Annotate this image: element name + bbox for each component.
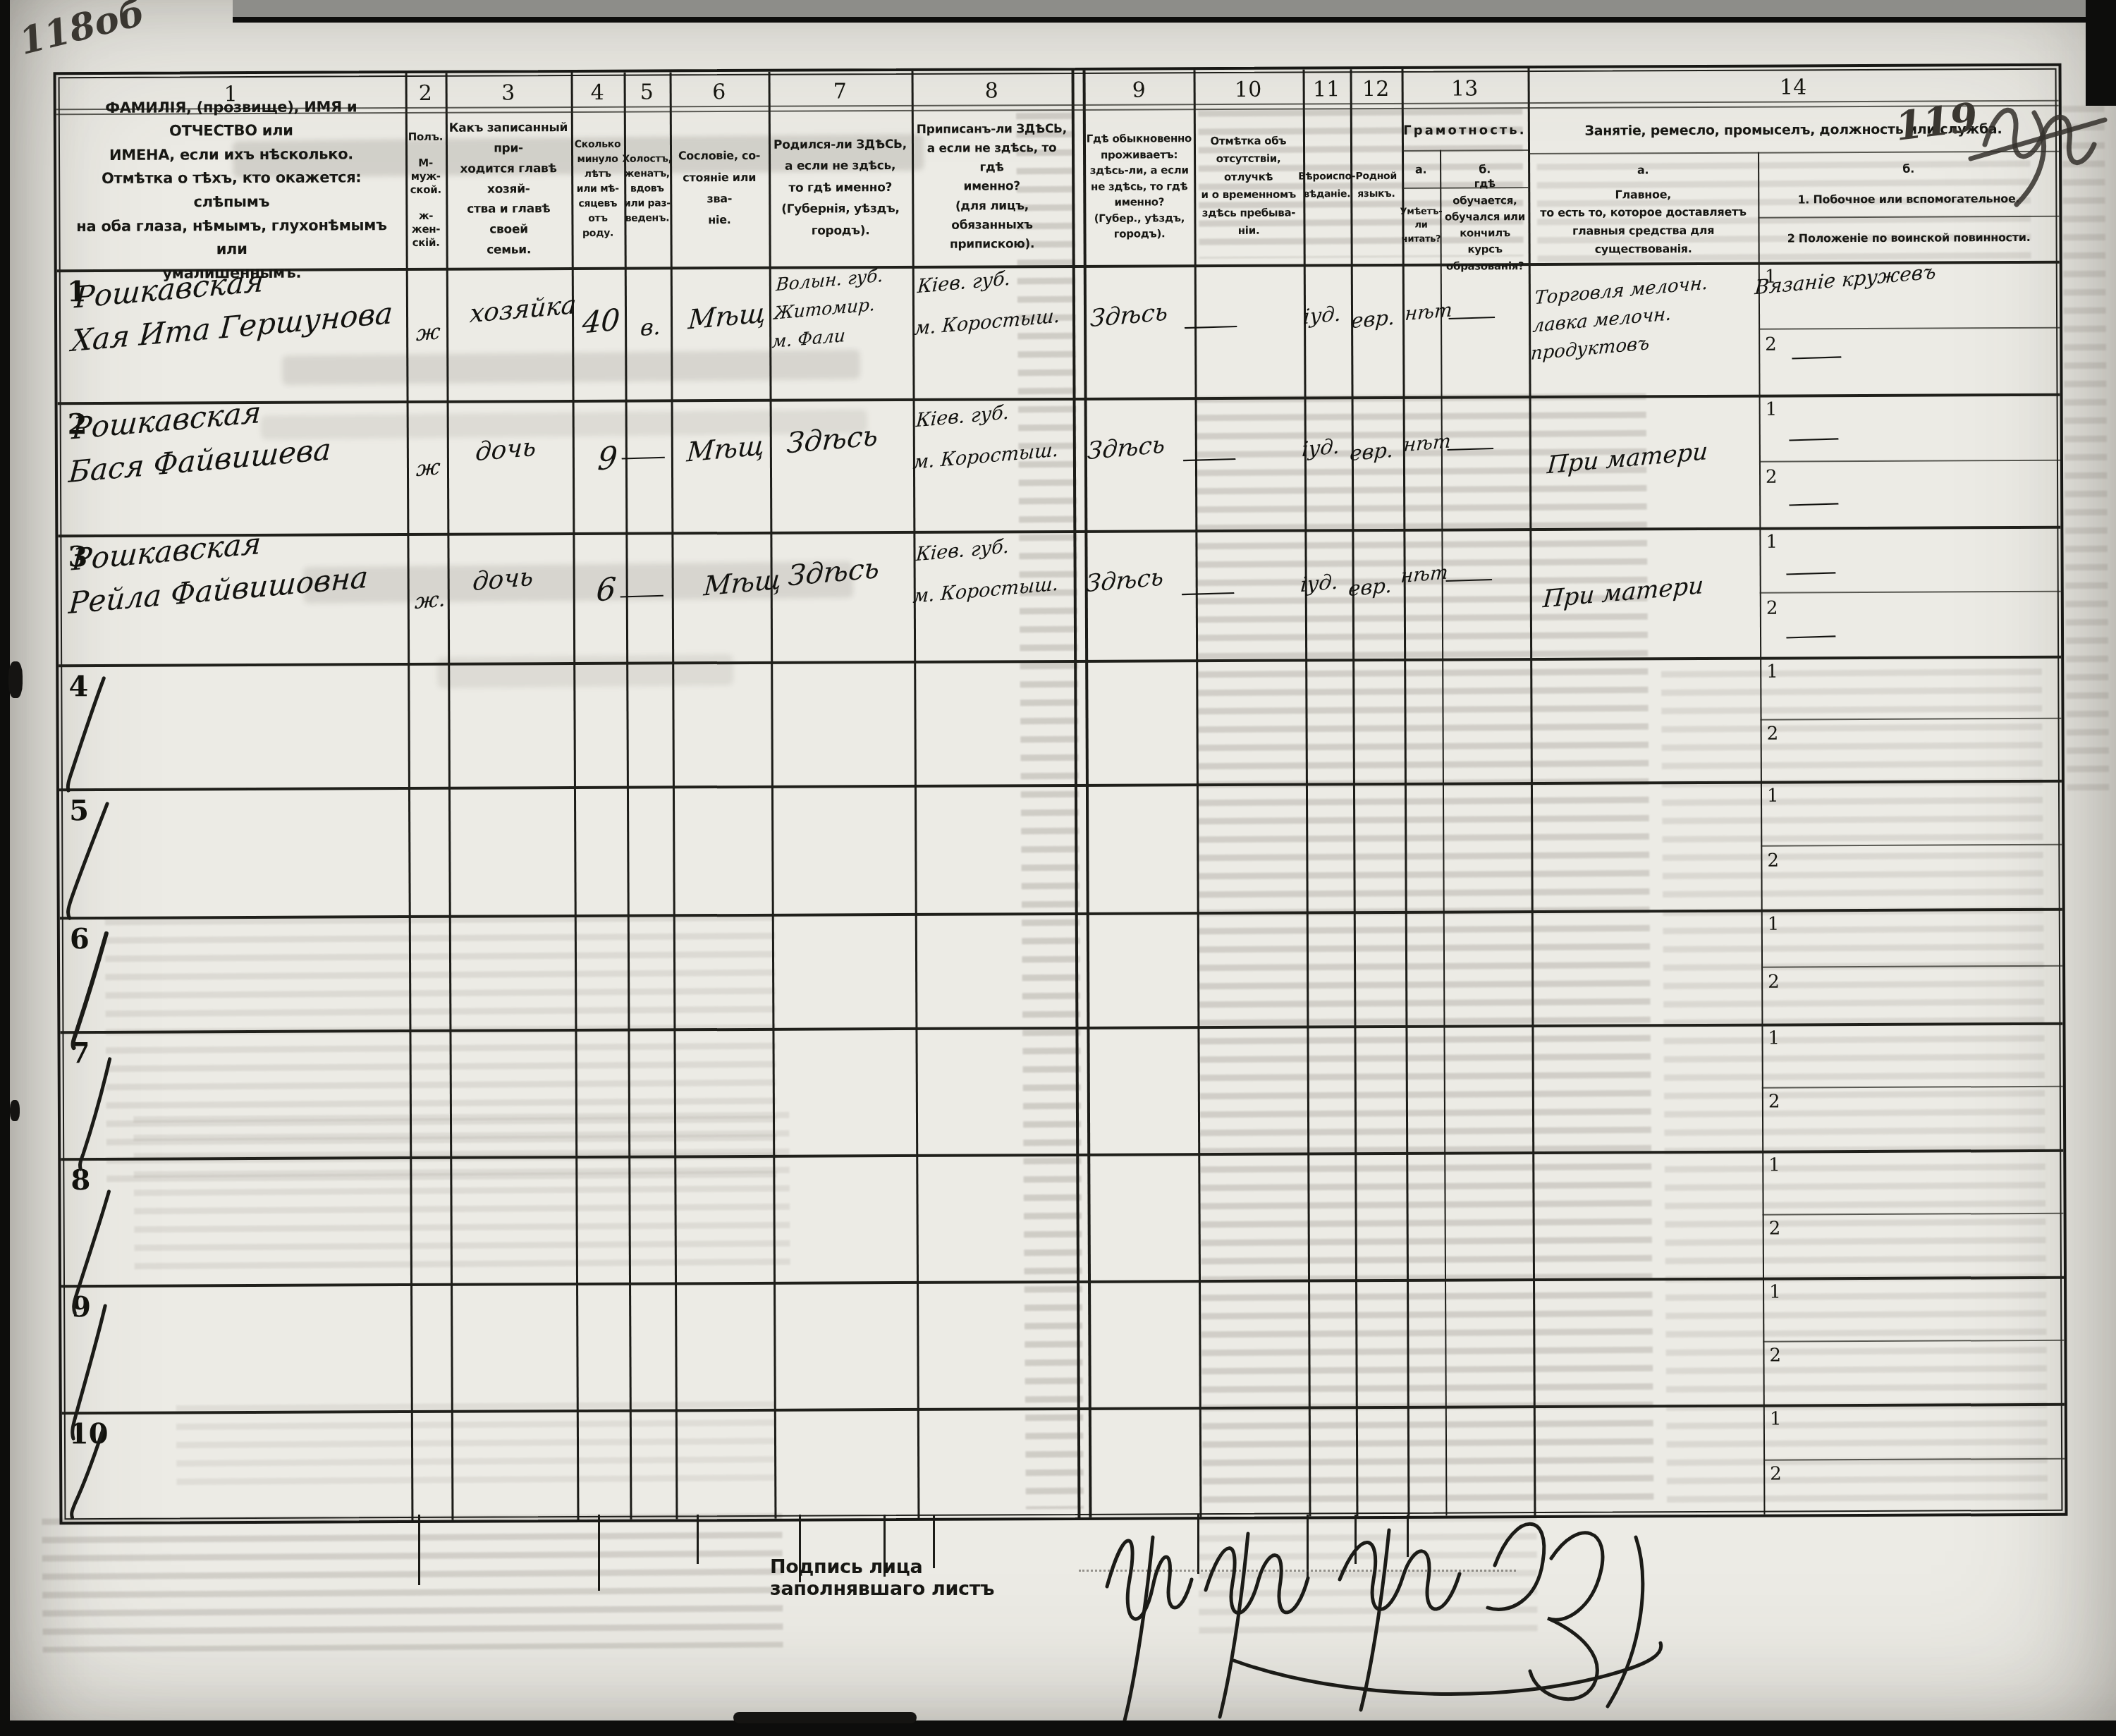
- grid-line: [1760, 591, 2061, 594]
- header-literacy-b: гдѣ обучается, обучался или кончилъ курс…: [1443, 190, 1527, 261]
- enumerator-signature: [1086, 1495, 1720, 1728]
- grid-line: [1759, 327, 2060, 330]
- subrow-label: 2: [1766, 467, 1778, 488]
- entry-marital: —: [617, 442, 669, 472]
- header-age: Сколько минуло лѣтъ или мѣ- сяцевъ отъ р…: [573, 115, 623, 263]
- subrow-label: 1: [1768, 914, 1780, 935]
- subrow-label: 1: [1769, 1282, 1781, 1303]
- cancel-slash: [73, 1053, 123, 1173]
- grid-line: [670, 72, 678, 1519]
- cancel-slash: [68, 1189, 118, 1316]
- grid-line: [1763, 1458, 2065, 1461]
- cancel-slash: [63, 674, 113, 794]
- entry-occupation-side: —: [1781, 555, 1840, 589]
- grid-line: [1350, 69, 1359, 1516]
- header-residence: Гдѣ обыкновенно проживаетъ: здѣсь-ли, а …: [1086, 112, 1193, 261]
- header-literacy-title: Грамотность.: [1402, 112, 1528, 148]
- signature-caption: Подпись лица заполнявшаго листъ: [770, 1564, 1073, 1592]
- column-number: 8: [912, 75, 1072, 106]
- column-number: 2: [405, 78, 446, 109]
- scanner-edge: [0, 1720, 2116, 1736]
- column-number: 3: [446, 77, 571, 109]
- header-occupation-a-label: а.: [1528, 155, 1758, 184]
- entry-religion: іуд.: [1301, 431, 1340, 464]
- entry-estate: Мѣщ: [685, 426, 766, 472]
- grid-line: [405, 73, 414, 1520]
- subrow-label: 1: [1768, 1155, 1780, 1176]
- subrow-label: 1: [1767, 786, 1779, 807]
- entry-education: —: [1443, 301, 1499, 333]
- header-occupation-b2: 2 Положеніе по воинской повинности.: [1759, 219, 2057, 257]
- grid-line: [1762, 1086, 2063, 1089]
- grid-line-stub: [697, 1515, 699, 1564]
- grid-line-spine: [1072, 71, 1081, 1517]
- column-number: 11: [1303, 73, 1350, 104]
- grid-line: [1303, 69, 1311, 1516]
- entry-birthplace: Здѣсь: [787, 548, 881, 597]
- column-number: 6: [670, 76, 769, 108]
- entry-age: 40: [581, 298, 622, 345]
- grid-line: [1763, 1213, 2064, 1216]
- entry-age: 6: [594, 567, 617, 614]
- column-number: 12: [1350, 73, 1402, 104]
- entry-military: —: [1781, 618, 1840, 653]
- entry-education: —: [1442, 432, 1498, 464]
- grid-line-stub: [418, 1515, 420, 1585]
- cancel-slash: [65, 1427, 115, 1519]
- entry-birthplace: Волын. губ. Житомир. м. Фали: [771, 262, 884, 356]
- entry-absence: —: [1179, 308, 1242, 345]
- subrow-label: 2: [1770, 1464, 1782, 1485]
- scanned-census-sheet: 1 2 3 4 5 6 7 8 9 10 11 12 13 14 ФАМИЛІЯ…: [0, 0, 2116, 1736]
- column-number: 9: [1084, 74, 1194, 106]
- entry-sex: ж: [415, 317, 441, 350]
- subrow-label: 2: [1767, 723, 1779, 745]
- ink-blot: [733, 1712, 917, 1723]
- ink-blot: [10, 1100, 20, 1121]
- entry-religion: іуд.: [1302, 298, 1342, 331]
- subrow-label: 2: [1767, 850, 1779, 872]
- cancel-slash: [63, 801, 114, 921]
- entry-religion: іуд.: [1299, 566, 1339, 599]
- bleedthrough-text: [42, 1513, 783, 1652]
- entry-reads: нѣт: [1400, 558, 1449, 590]
- scanner-band: [233, 0, 2116, 18]
- header-marital: Холостъ, женатъ, вдовъ или раз- веденъ.: [625, 114, 669, 262]
- entry-age: 9: [596, 436, 618, 483]
- header-registered: Приписанъ-ли ЗДѢСЬ, а если не здѣсь, то …: [913, 113, 1071, 262]
- grid-line: [446, 73, 454, 1520]
- subrow-label: 2: [1769, 1218, 1781, 1240]
- header-relation: Какъ записанный при- ходится главѣ хозяй…: [448, 115, 569, 264]
- entry-absence: —: [1178, 441, 1241, 477]
- grid-line: [1761, 965, 2062, 968]
- header-absence: Отмѣтка объ отсутствіи, отлучкѣ и о врем…: [1195, 111, 1302, 260]
- subrow-label: 1: [1766, 532, 1778, 553]
- grid-line: [1761, 718, 2062, 721]
- scanner-edge: [233, 17, 2116, 23]
- header-literacy-a-label: а.: [1402, 152, 1440, 186]
- entry-registered: Кіев. губ. м. Коростыш.: [912, 532, 1063, 608]
- grid-line: [1761, 844, 2062, 847]
- entry-residence: Здѣсь: [1085, 560, 1165, 601]
- grid-line: [1763, 1340, 2064, 1343]
- entry-estate: Мѣщ: [687, 293, 767, 339]
- cancel-slash: [67, 931, 117, 1051]
- entry-education: —: [1441, 563, 1496, 595]
- subrow-label: 1: [1766, 399, 1778, 420]
- subrow-label: 2: [1765, 334, 1777, 355]
- column-number: 7: [769, 75, 912, 107]
- subrow-label: 1: [1770, 1409, 1782, 1430]
- entry-occupation-main: Торговля мелочн. лавка мелочн. продуктов…: [1530, 270, 1709, 369]
- ink-blot: [8, 661, 23, 698]
- cancel-slash: [66, 1302, 116, 1443]
- folio-number-left: 118об: [15, 0, 149, 63]
- entry-registered: Кіев. губ. м. Коростыш.: [914, 264, 1064, 340]
- entry-sex: ж: [415, 452, 441, 485]
- subrow-label: 2: [1768, 972, 1780, 993]
- grid-line: [1402, 69, 1410, 1516]
- grid-line-stub: [598, 1515, 600, 1591]
- entry-absence: —: [1176, 575, 1240, 611]
- subrow-label: 1: [1768, 1028, 1780, 1049]
- entry-marital: в.: [640, 310, 662, 344]
- grid-line: [1759, 460, 2060, 463]
- grid-line: [624, 73, 632, 1520]
- entry-military: —: [1784, 486, 1843, 520]
- subrow-label: 2: [1768, 1092, 1780, 1113]
- entry-estate: Мѣщ: [702, 560, 783, 606]
- column-number: 10: [1194, 73, 1303, 105]
- grid-line: [1528, 68, 1536, 1515]
- entry-relation: дочь: [474, 429, 537, 471]
- entry-residence: Здѣсь: [1087, 427, 1166, 469]
- subrow-label: 2: [1766, 598, 1778, 619]
- entry-registered: Кіев. губ. м. Коростыш.: [912, 398, 1063, 474]
- header-religion: Вѣроиспо- вѣданіе.: [1304, 111, 1350, 259]
- header-sex: Полъ. М-муж- ской. ж-жен- скій.: [407, 116, 445, 264]
- subrow-label: 2: [1769, 1345, 1781, 1367]
- column-number: 13: [1402, 73, 1528, 104]
- entry-birthplace: Здѣсь: [785, 415, 879, 465]
- header-estate: Сословіе, со- стояніе или зва- ніе.: [671, 114, 768, 263]
- header-surname: ФАМИЛІЯ, (прозвище), ИМЯ и ОТЧЕСТВО или …: [62, 116, 401, 265]
- scanner-edge: [2086, 0, 2116, 106]
- column-number: 4: [571, 77, 624, 108]
- grid-line-13ab: [1440, 150, 1447, 1516]
- entry-residence: Здѣсь: [1089, 295, 1169, 336]
- grid-line-spine: [1083, 71, 1092, 1517]
- scanner-edge: [0, 0, 10, 1736]
- grid-line: [1194, 70, 1202, 1517]
- grid-line-14ab: [1758, 152, 1765, 1515]
- entry-language: евр.: [1349, 435, 1395, 469]
- entry-marital: —: [616, 580, 668, 610]
- entry-language: евр.: [1350, 302, 1396, 336]
- entry-language: евр.: [1347, 570, 1393, 604]
- entry-occupation-side: —: [1784, 421, 1843, 456]
- entry-relation: дочь: [471, 558, 534, 601]
- header-birthplace: Родился-ли ЗДѢСЬ, а если не здѣсь, то гд…: [770, 114, 911, 262]
- header-occupation-a: Главное, то есть то, которое доставляетъ…: [1529, 183, 1756, 260]
- column-number: 5: [624, 76, 670, 107]
- header-literacy-a: Умѣетъ- ли читать?: [1402, 190, 1440, 261]
- entry-military: —: [1787, 339, 1846, 374]
- subrow-label: 1: [1766, 661, 1778, 683]
- entry-sex: ж.: [414, 584, 447, 618]
- header-language: Родной языкъ.: [1352, 111, 1401, 259]
